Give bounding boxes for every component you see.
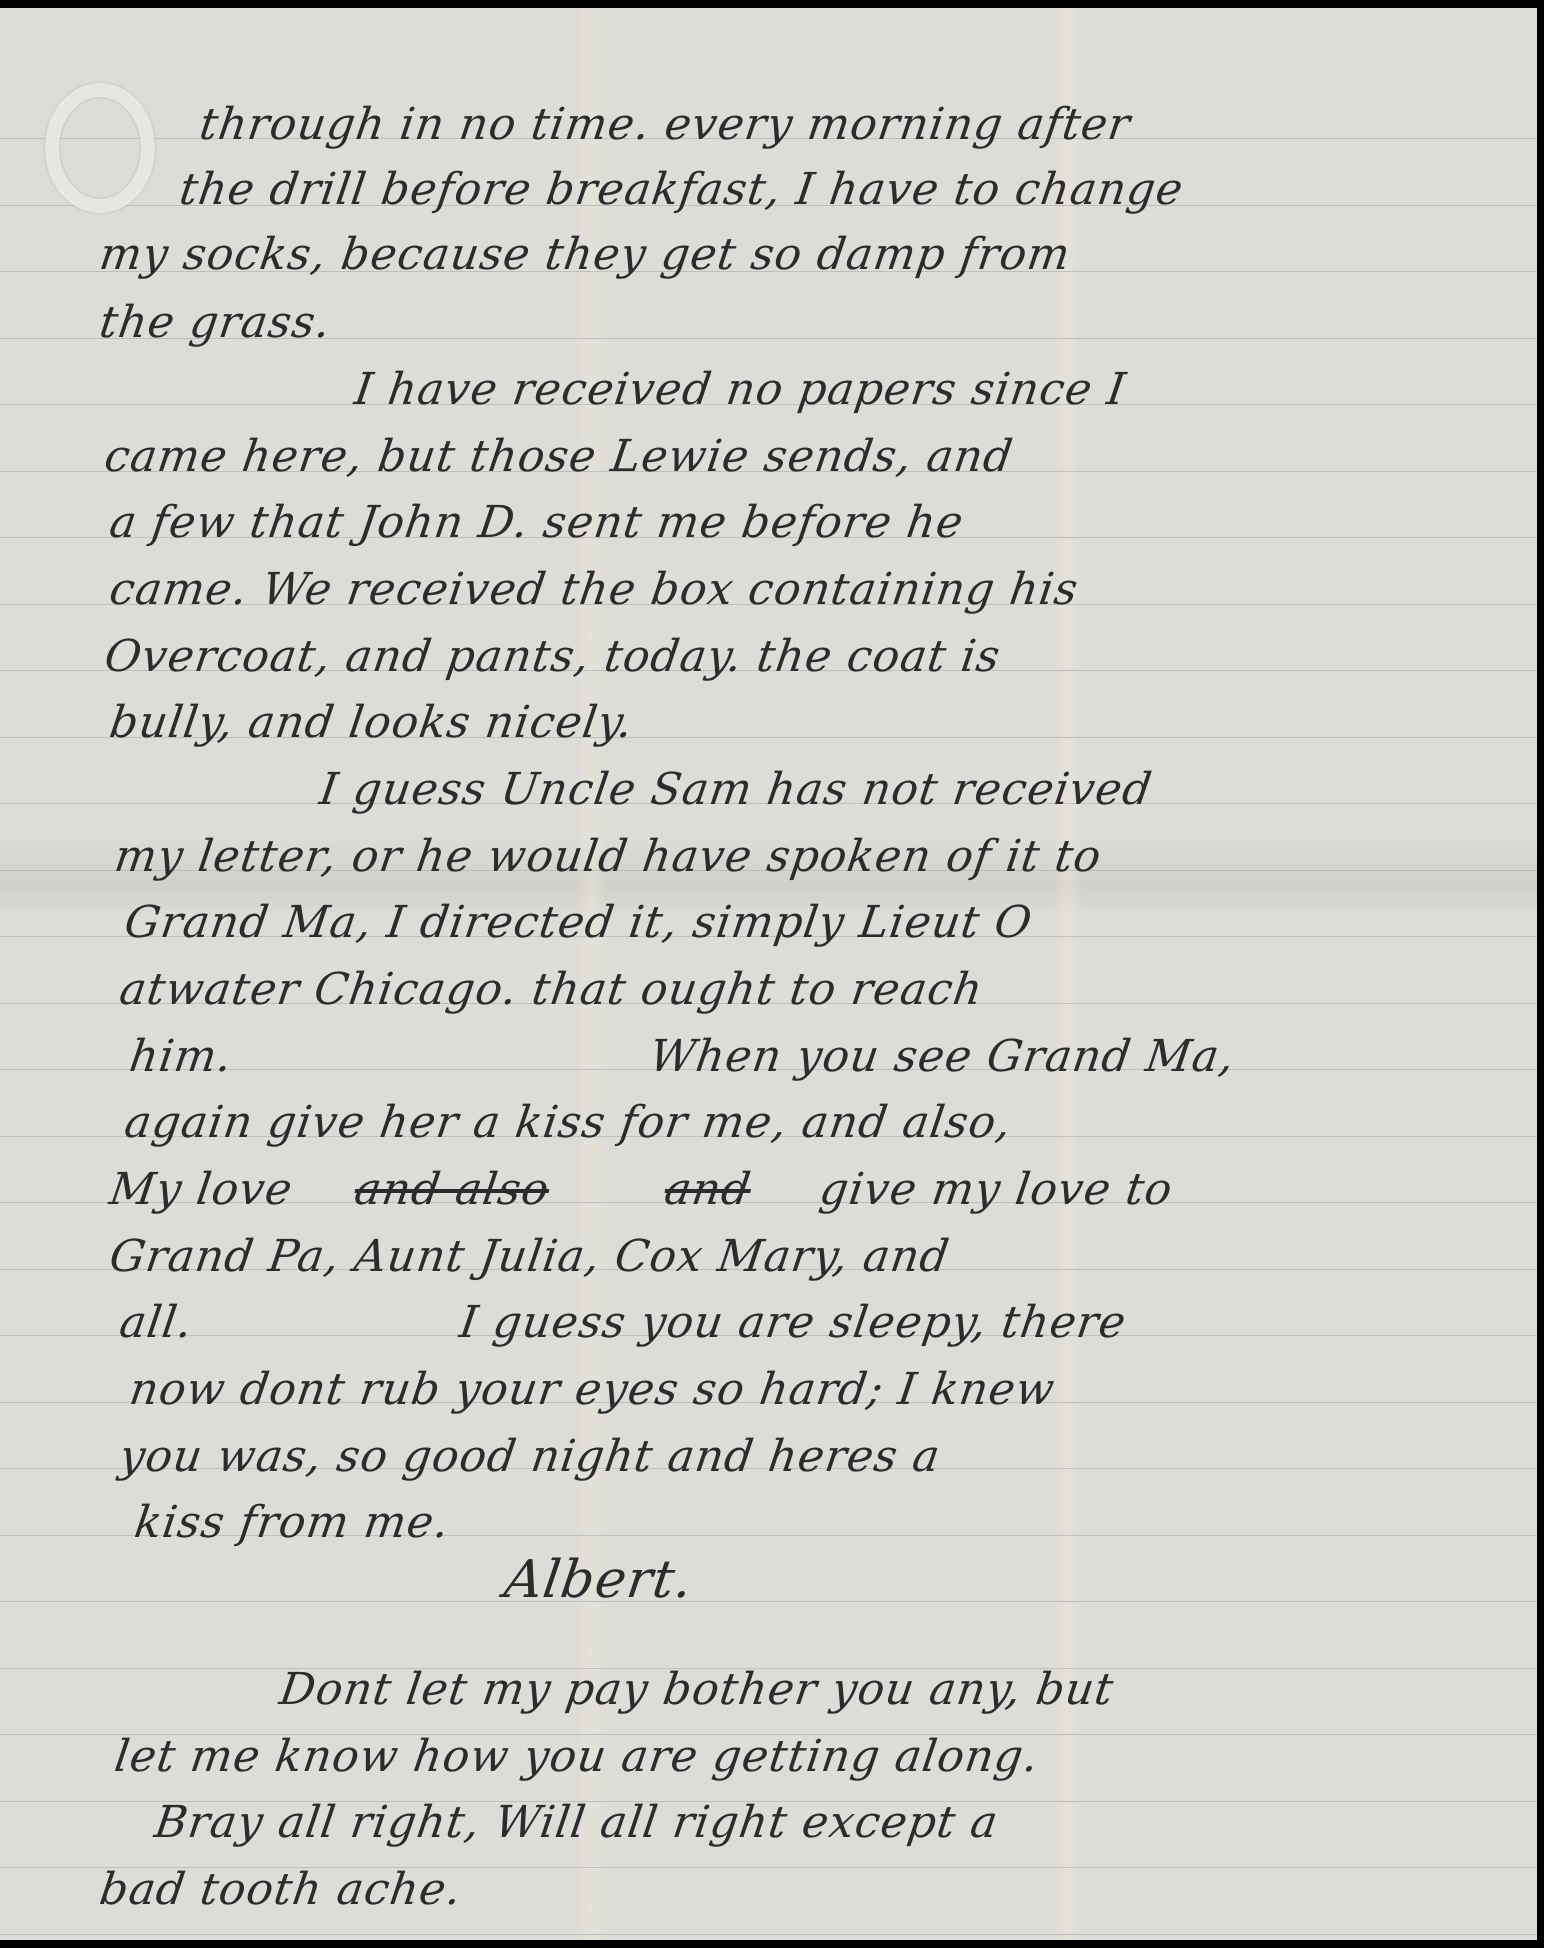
letter-line: you was, so good night and heres a <box>116 1432 943 1482</box>
letter-line: give my love to <box>816 1165 1175 1215</box>
letter-line: now dont rub your eyes so hard; I knew <box>126 1365 1058 1415</box>
letter-line: bully, and looks nicely. <box>106 698 636 748</box>
letter-line: Dont let my pay bother you any, but <box>276 1665 1117 1715</box>
letter-line: kiss from me. <box>131 1498 452 1548</box>
letter-line: Bray all right, Will all right except a <box>151 1798 1001 1848</box>
letter-line: my letter, or he would have spoken of it… <box>111 832 1104 882</box>
letter-line: I have received no papers since I <box>351 365 1129 415</box>
struck-out-word: and also <box>351 1165 552 1215</box>
letter-line: Grand Pa, Aunt Julia, Cox Mary, and <box>106 1232 952 1282</box>
letter-line: the drill before breakfast, I have to ch… <box>176 165 1186 215</box>
letter-line: bad tooth ache. <box>96 1865 464 1915</box>
letter-line: the grass. <box>96 298 334 348</box>
letter-line: my socks, because they get so damp from <box>96 230 1073 280</box>
letter-line: atwater Chicago. that ought to reach <box>116 965 986 1015</box>
letter-line: him. <box>126 1032 235 1082</box>
struck-out-word: and <box>661 1165 754 1215</box>
letter-line: came here, but those Lewie sends, and <box>101 432 1016 482</box>
letter-line: I guess you are sleepy, there <box>456 1298 1129 1348</box>
letter-line: through in no time. every morning after <box>196 100 1133 150</box>
ruled-line <box>0 1934 1537 1935</box>
letter-line: all. <box>116 1298 195 1348</box>
letter-line: My love <box>106 1165 295 1215</box>
letter-line: Grand Ma, I directed it, simply Lieut O <box>121 898 1035 948</box>
letter-line: again give her a kiss for me, and also, <box>121 1098 1014 1148</box>
letter-line: let me know how you are getting along. <box>111 1732 1042 1782</box>
letter-page: through in no time. every morning after … <box>0 8 1537 1940</box>
letter-line: came. We received the box containing his <box>106 565 1081 615</box>
embossed-seal-icon <box>45 83 155 213</box>
letter-line: a few that John D. sent me before he <box>106 498 966 548</box>
letter-line: I guess Uncle Sam has not received <box>316 765 1155 815</box>
ruled-line <box>0 1601 1537 1602</box>
letter-line: When you see Grand Ma, <box>646 1032 1237 1082</box>
letter-line: Overcoat, and pants, today. the coat is <box>101 632 1003 682</box>
signature: Albert. <box>501 1555 696 1605</box>
